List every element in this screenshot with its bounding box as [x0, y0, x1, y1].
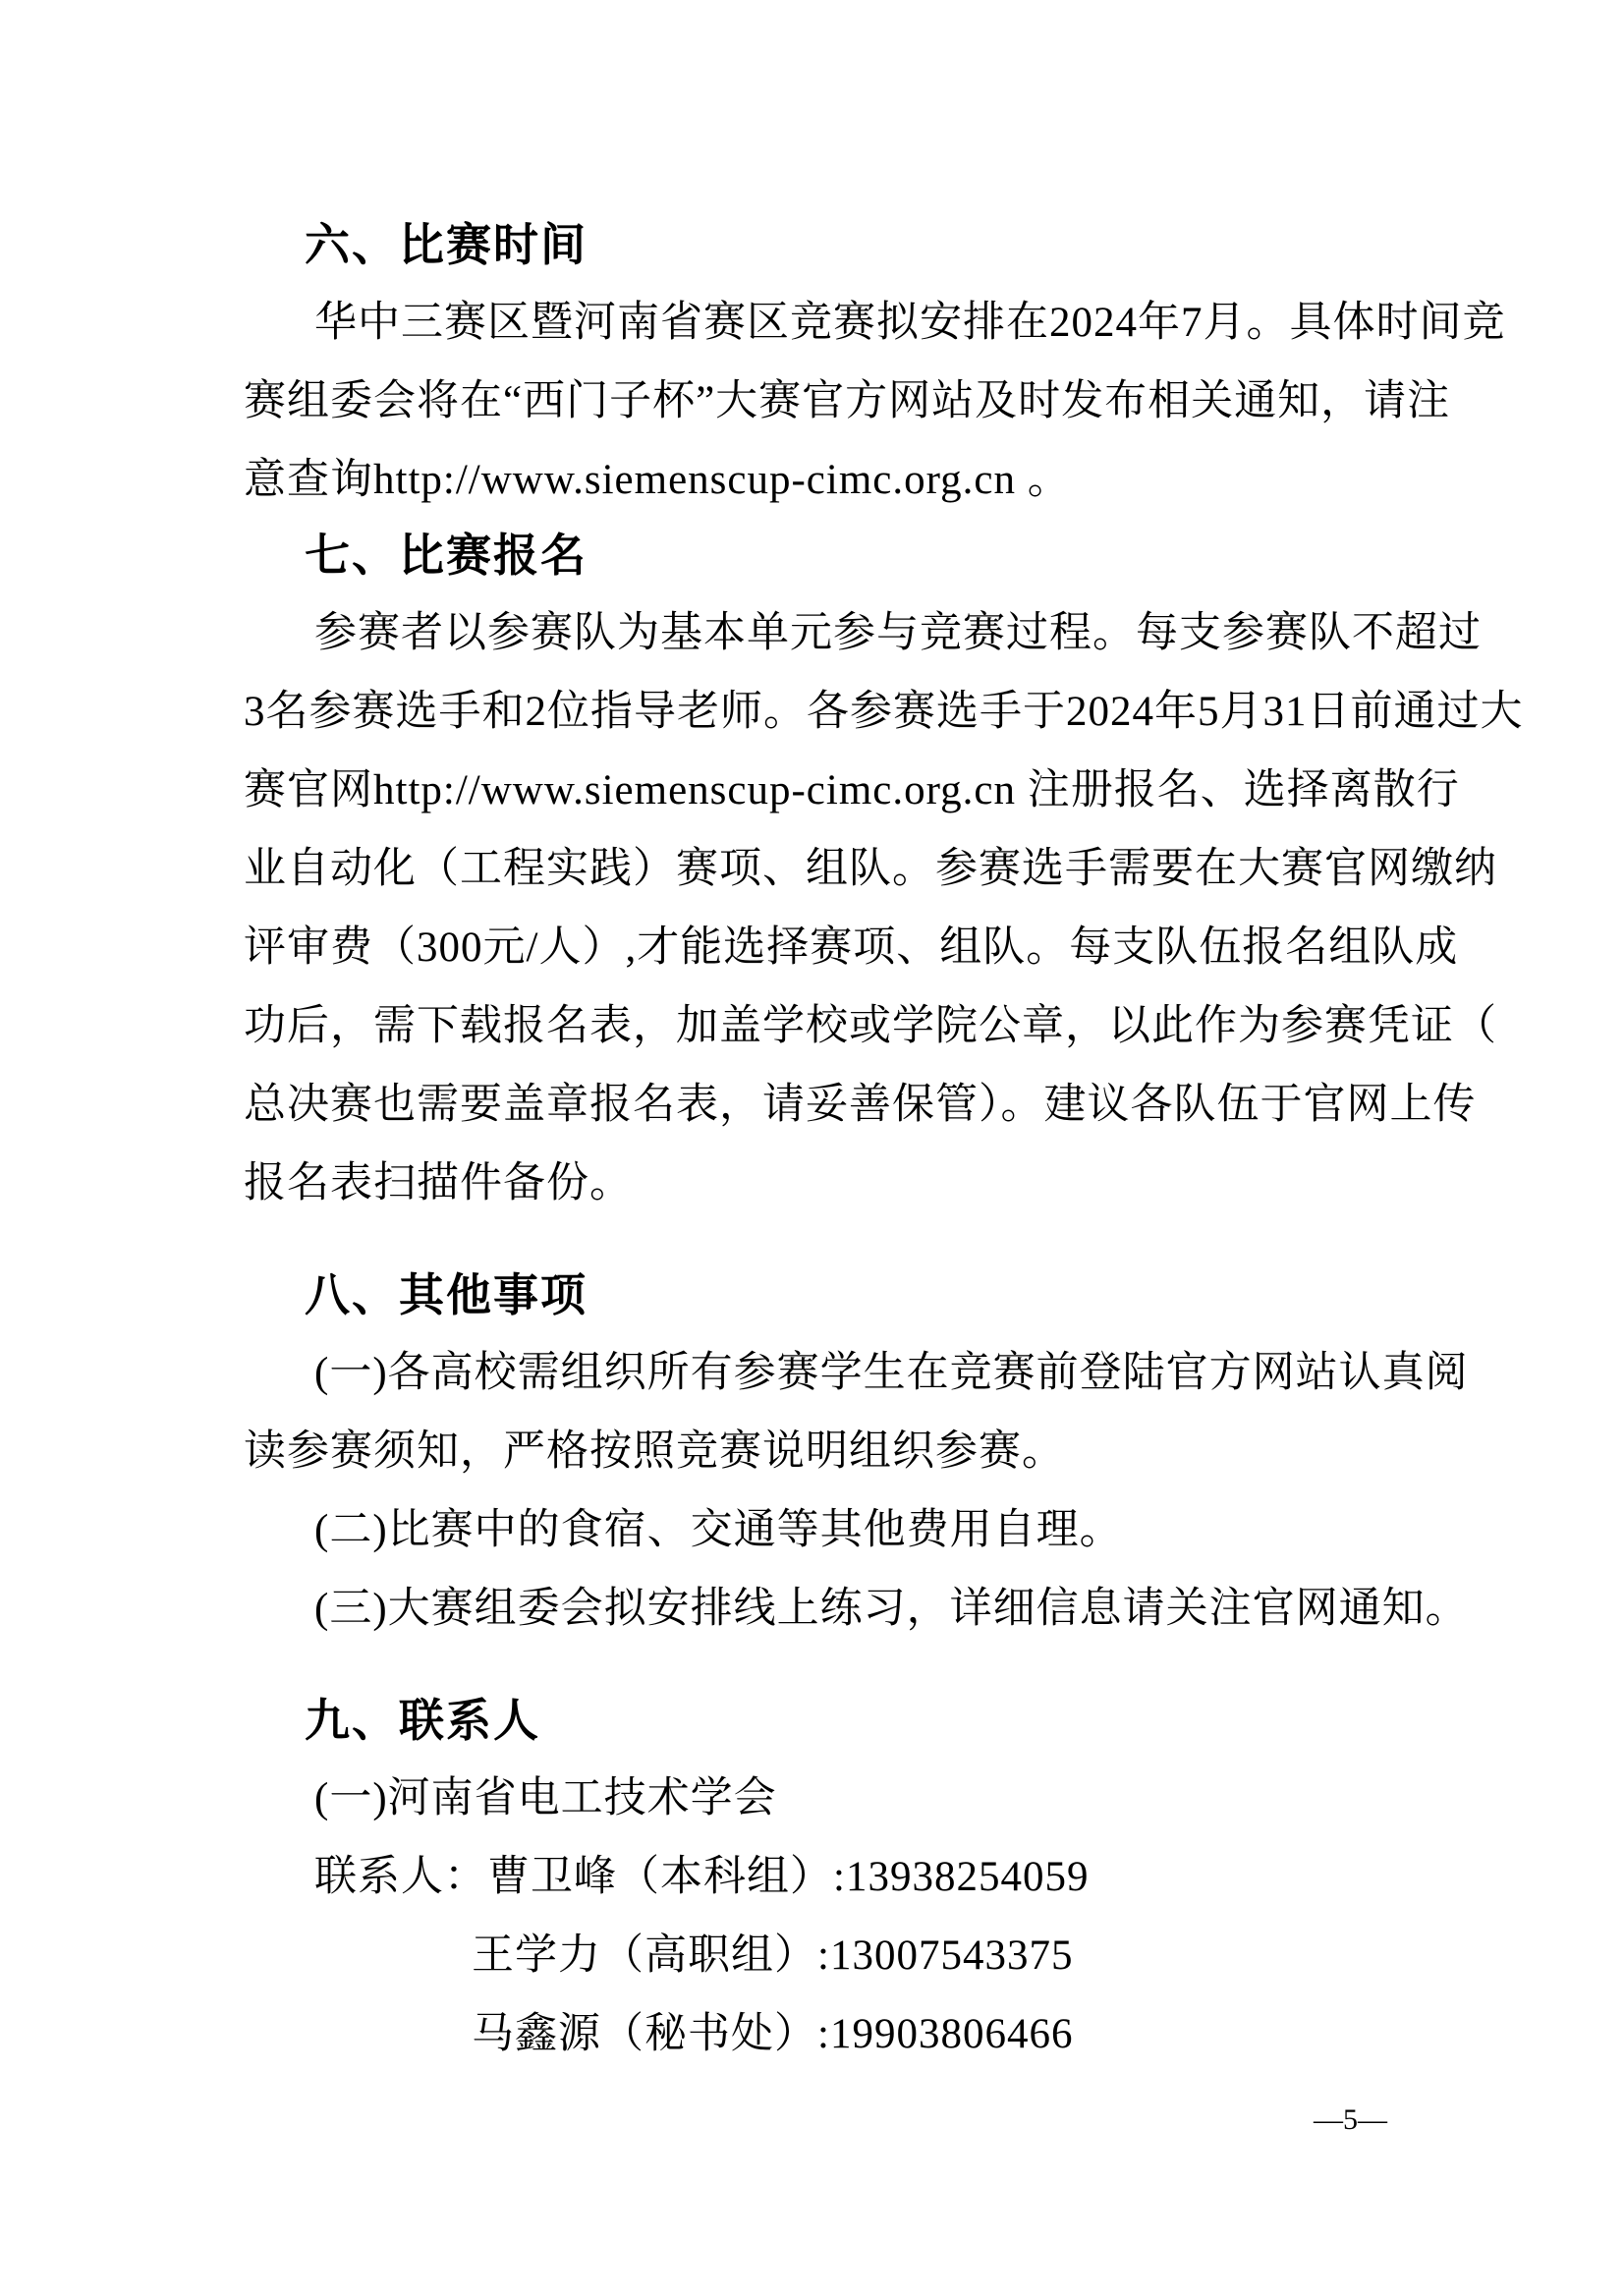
- section-heading-contacts: 九、联系人: [244, 1681, 1393, 1760]
- section-competition-time: 六、比赛时间 华中三赛区暨河南省赛区竞赛拟安排在2024年7月。具体时间竞 赛组…: [244, 205, 1393, 520]
- text-line: 3名参赛选手和2位指导老师。各参赛选手于2024年5月31日前通过大: [244, 673, 1393, 752]
- text-line: 业自动化（工程实践）赛项、组队。参赛选手需要在大赛官网缴纳: [244, 830, 1393, 909]
- text-line-contact-3: 马鑫源（秘书处）:19903806466: [244, 1995, 1393, 2074]
- text-line: 赛组委会将在“西门子杯”大赛官方网站及时发布相关通知，请注: [244, 363, 1393, 441]
- text-line-with-url: 意查询http://www.siemenscup-cimc.org.cn 。: [244, 441, 1393, 520]
- text-line: 总决赛也需要盖章报名表，请妥善保管）。建议各队伍于官网上传: [244, 1066, 1393, 1145]
- text-line: 读参赛须知，严格按照竞赛说明组织参赛。: [244, 1413, 1393, 1491]
- text-line-contact-2: 王学力（高职组）:13007543375: [244, 1917, 1393, 1995]
- section-registration: 七、比赛报名 参赛者以参赛队为基本单元参与竞赛过程。每支参赛队不超过 3名参赛选…: [244, 516, 1393, 1223]
- section-contacts: 九、联系人 (一)河南省电工技术学会 联系人：曹卫峰（本科组）:13938254…: [244, 1681, 1393, 2074]
- text-line: 华中三赛区暨河南省赛区竞赛拟安排在2024年7月。具体时间竞: [244, 284, 1393, 363]
- text-line-organization: (一)河南省电工技术学会: [244, 1760, 1393, 1838]
- document-page: 六、比赛时间 华中三赛区暨河南省赛区竞赛拟安排在2024年7月。具体时间竞 赛组…: [0, 0, 1624, 2296]
- text-line: (二)比赛中的食宿、交通等其他费用自理。: [244, 1491, 1393, 1570]
- text-line-with-url: 赛官网http://www.siemenscup-cimc.org.cn 注册报…: [244, 752, 1393, 830]
- text-line: 参赛者以参赛队为基本单元参与竞赛过程。每支参赛队不超过: [244, 594, 1393, 673]
- section-heading-competition-time: 六、比赛时间: [244, 205, 1393, 284]
- text-line: 功后，需下载报名表，加盖学校或学院公章，以此作为参赛凭证（: [244, 987, 1393, 1066]
- section-heading-other-matters: 八、其他事项: [244, 1256, 1393, 1334]
- text-line: 报名表扫描件备份。: [244, 1145, 1393, 1223]
- text-line: (一)各高校需组织所有参赛学生在竞赛前登陆官方网站认真阅: [244, 1334, 1393, 1413]
- text-line: 评审费（300元/人）,才能选择赛项、组队。每支队伍报名组队成: [244, 909, 1393, 987]
- section-other-matters: 八、其他事项 (一)各高校需组织所有参赛学生在竞赛前登陆官方网站认真阅 读参赛须…: [244, 1256, 1393, 1649]
- text-line: (三)大赛组委会拟安排线上练习，详细信息请关注官网通知。: [244, 1570, 1393, 1649]
- page-number: —5—: [1314, 2100, 1387, 2140]
- text-line-contact-1: 联系人：曹卫峰（本科组）:13938254059: [244, 1838, 1393, 1917]
- section-heading-registration: 七、比赛报名: [244, 516, 1393, 594]
